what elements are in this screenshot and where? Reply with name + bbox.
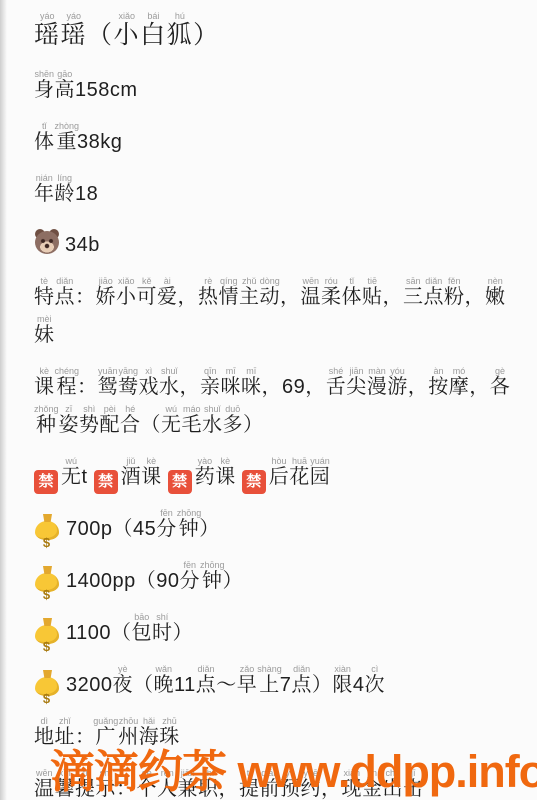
annotated-char: 柔róu [321,286,342,308]
price-45min-line: $700p（45分fēn钟zhōng） [34,509,519,548]
annotated-char: 水shuǐ [159,376,180,398]
annotated-char: 咪mī [221,376,242,398]
weight-line: 体tǐ重zhòng38kg [34,122,519,161]
plain-text [162,466,168,488]
restrictions-line: 禁无wút 禁酒jiǔ课kè 禁药yào课kè 禁后hòu花huā园yuán [34,457,519,496]
plain-text: 18 [75,183,98,205]
plain-text: ， [408,376,429,398]
annotated-char: 无wú [161,414,182,436]
annotated-char: 粉fěn [444,286,465,308]
annotated-char: 尖jiān [346,376,367,398]
annotated-char: 咪mī [241,376,262,398]
cup-size-line: 34b [34,226,519,264]
plain-text: ） [243,414,264,436]
annotated-char: 夜yè [113,674,134,696]
plain-text: ， [465,286,486,308]
plain-text: ， [262,376,283,398]
plain-text: ， [180,376,201,398]
plain-text: （ [87,21,114,49]
annotated-char: 点diǎn [196,674,217,696]
annotated-char: 漫màn [367,376,388,398]
annotated-char: 姿zī [59,414,80,436]
plain-text: ） [223,570,244,592]
ban-icon: 禁 [242,470,266,494]
annotated-char: 无wú [61,466,82,488]
annotated-char: 小xiǎo [116,286,137,308]
plain-text: ， [280,286,301,308]
plain-text: ） [193,21,220,49]
annotated-char: 小xiǎo [114,21,141,49]
annotated-char: 后hòu [269,466,290,488]
annotated-char: 爱ài [157,286,178,308]
annotated-char: 温wēn [301,286,322,308]
annotated-char: 毛máo [182,414,203,436]
annotated-char: 舌shé [326,376,347,398]
annotated-char: 鸳yuān [98,376,119,398]
plain-text: 1400pp [66,570,136,592]
annotated-char: 贴tiē [362,286,383,308]
annotated-char: 娇jiāo [96,286,117,308]
annotated-char: 重zhòng [55,131,78,153]
plain-text: （ [141,414,162,436]
annotated-char: 药yào [195,466,216,488]
ban-icon: 禁 [168,470,192,494]
money-bag-icon: $ [34,617,61,644]
money-bag-icon: $ [34,565,61,592]
plain-text: （ [133,674,154,696]
annotated-char: 酒jiǔ [121,466,142,488]
watermark: 滴滴约茶 www.ddpp.info [50,735,537,800]
plain-text: 69 [282,376,305,398]
plain-text: ） [312,674,333,696]
plain-text: ， [305,376,326,398]
annotated-char: 体tǐ [34,131,55,153]
title: 瑶yáo瑶yáo（小xiǎo白bái狐hú） [34,12,519,56]
plain-text: 11 [174,674,196,696]
annotated-char: 水shuǐ [202,414,223,436]
plain-text: （ [113,518,134,540]
plain-text: ） [199,518,220,540]
annotated-char: 身shēn [34,79,55,101]
annotated-char: 戏xì [139,376,160,398]
annotated-char: 亲qīn [200,376,221,398]
annotated-char: 种zhǒng [34,414,59,436]
annotated-char: 早zǎo [237,674,258,696]
annotated-char: 园yuán [310,466,331,488]
annotated-char: 课kè [141,466,162,488]
annotated-char: 程chéng [55,376,78,398]
money-bag-icon: $ [34,513,61,540]
annotated-char: 分fēn [180,570,201,592]
plain-text [236,466,242,488]
content-lines: 瑶yáo瑶yáo（小xiǎo白bái狐hú）身shēn高gāo158cm体tǐ重… [0,0,537,800]
annotated-char: 妹mèi [34,324,55,346]
plain-text: 90 [156,570,179,592]
age-line: 年nián龄líng18 [34,174,519,213]
plain-text: 1100 [66,622,111,644]
money-bag-icon: $ [34,669,61,696]
annotated-char: 按àn [428,376,449,398]
annotated-char: 钟zhōng [200,570,223,592]
annotated-char: 多duō [223,414,244,436]
plain-text: ： [77,376,98,398]
plain-text [88,466,94,488]
price-90min-line: $1400pp（90分fēn钟zhōng） [34,561,519,600]
plain-text: 38kg [77,131,122,153]
height-line: 身shēn高gāo158cm [34,70,519,109]
annotated-char: 三sān [403,286,424,308]
annotated-char: 主zhǔ [239,286,260,308]
annotated-char: 瑶yáo [34,21,61,49]
annotated-char: 热rè [198,286,219,308]
annotated-char: 合hé [120,414,141,436]
plain-text: ： [75,286,96,308]
price-overnight-line: $3200夜yè（晚wǎn11点diǎn～早zǎo上shàng7点diǎn）限x… [34,665,519,704]
annotated-char: 配pèi [100,414,121,436]
annotated-char: 点diǎn [424,286,445,308]
annotated-char: 嫩nèn [485,286,506,308]
plain-text: ， [469,376,490,398]
annotated-char: 各gè [490,376,511,398]
annotated-char: 花huā [289,466,310,488]
annotated-char: 情qíng [219,286,240,308]
bear-face-icon [34,229,60,255]
plain-text: （ [136,570,157,592]
ban-icon: 禁 [94,470,118,494]
annotated-char: 限xiàn [332,674,353,696]
annotated-char: 白bái [140,21,167,49]
annotated-char: 上shàng [257,674,280,696]
annotated-char: 次cì [365,674,386,696]
courses-line: 课kè程chéng：鸳yuān鸯yāng戏xì水shuǐ，亲qīn咪mī咪mī，… [34,367,519,444]
plain-text: 700p [66,518,113,540]
annotated-char: 狐hú [167,21,194,49]
annotated-char: 时shí [152,622,173,644]
plain-text: 45 [133,518,156,540]
annotated-char: 瑶yáo [61,21,88,49]
annotated-char: 动dòng [260,286,281,308]
annotated-char: 可kě [137,286,158,308]
features-line: 特tè点diǎn：娇jiāo小xiǎo可kě爱ài，热rè情qíng主zhǔ动d… [34,277,519,354]
plain-text: 34b [65,234,100,256]
annotated-char: 包bāo [132,622,153,644]
plain-text: ， [178,286,199,308]
annotated-char: 特tè [34,286,55,308]
plain-text: ～ [216,674,237,696]
plain-text: 7 [280,674,292,696]
annotated-char: 游yóu [387,376,408,398]
plain-text: 3200 [66,674,113,696]
annotated-char: 课kè [215,466,236,488]
price-hourly-line: $1100（包bāo时shí） [34,613,519,652]
annotated-char: 课kè [34,376,55,398]
annotated-char: 分fēn [156,518,177,540]
annotated-char: 势shì [79,414,100,436]
annotated-char: 摩mó [449,376,470,398]
annotated-char: 龄líng [55,183,76,205]
annotated-char: 钟zhōng [177,518,200,540]
annotated-char: 鸯yāng [118,376,139,398]
annotated-char: 点diǎn [55,286,76,308]
annotated-char: 点diǎn [291,674,312,696]
plain-text: ， [383,286,404,308]
annotated-char: 高gāo [55,79,76,101]
plain-text: ） [173,622,194,644]
plain-text: 4 [353,674,365,696]
annotated-char: 年nián [34,183,55,205]
annotated-char: 体tǐ [342,286,363,308]
ban-icon: 禁 [34,470,58,494]
plain-text: （ [111,622,132,644]
plain-text: 158cm [75,79,138,101]
annotated-char: 晚wǎn [154,674,175,696]
